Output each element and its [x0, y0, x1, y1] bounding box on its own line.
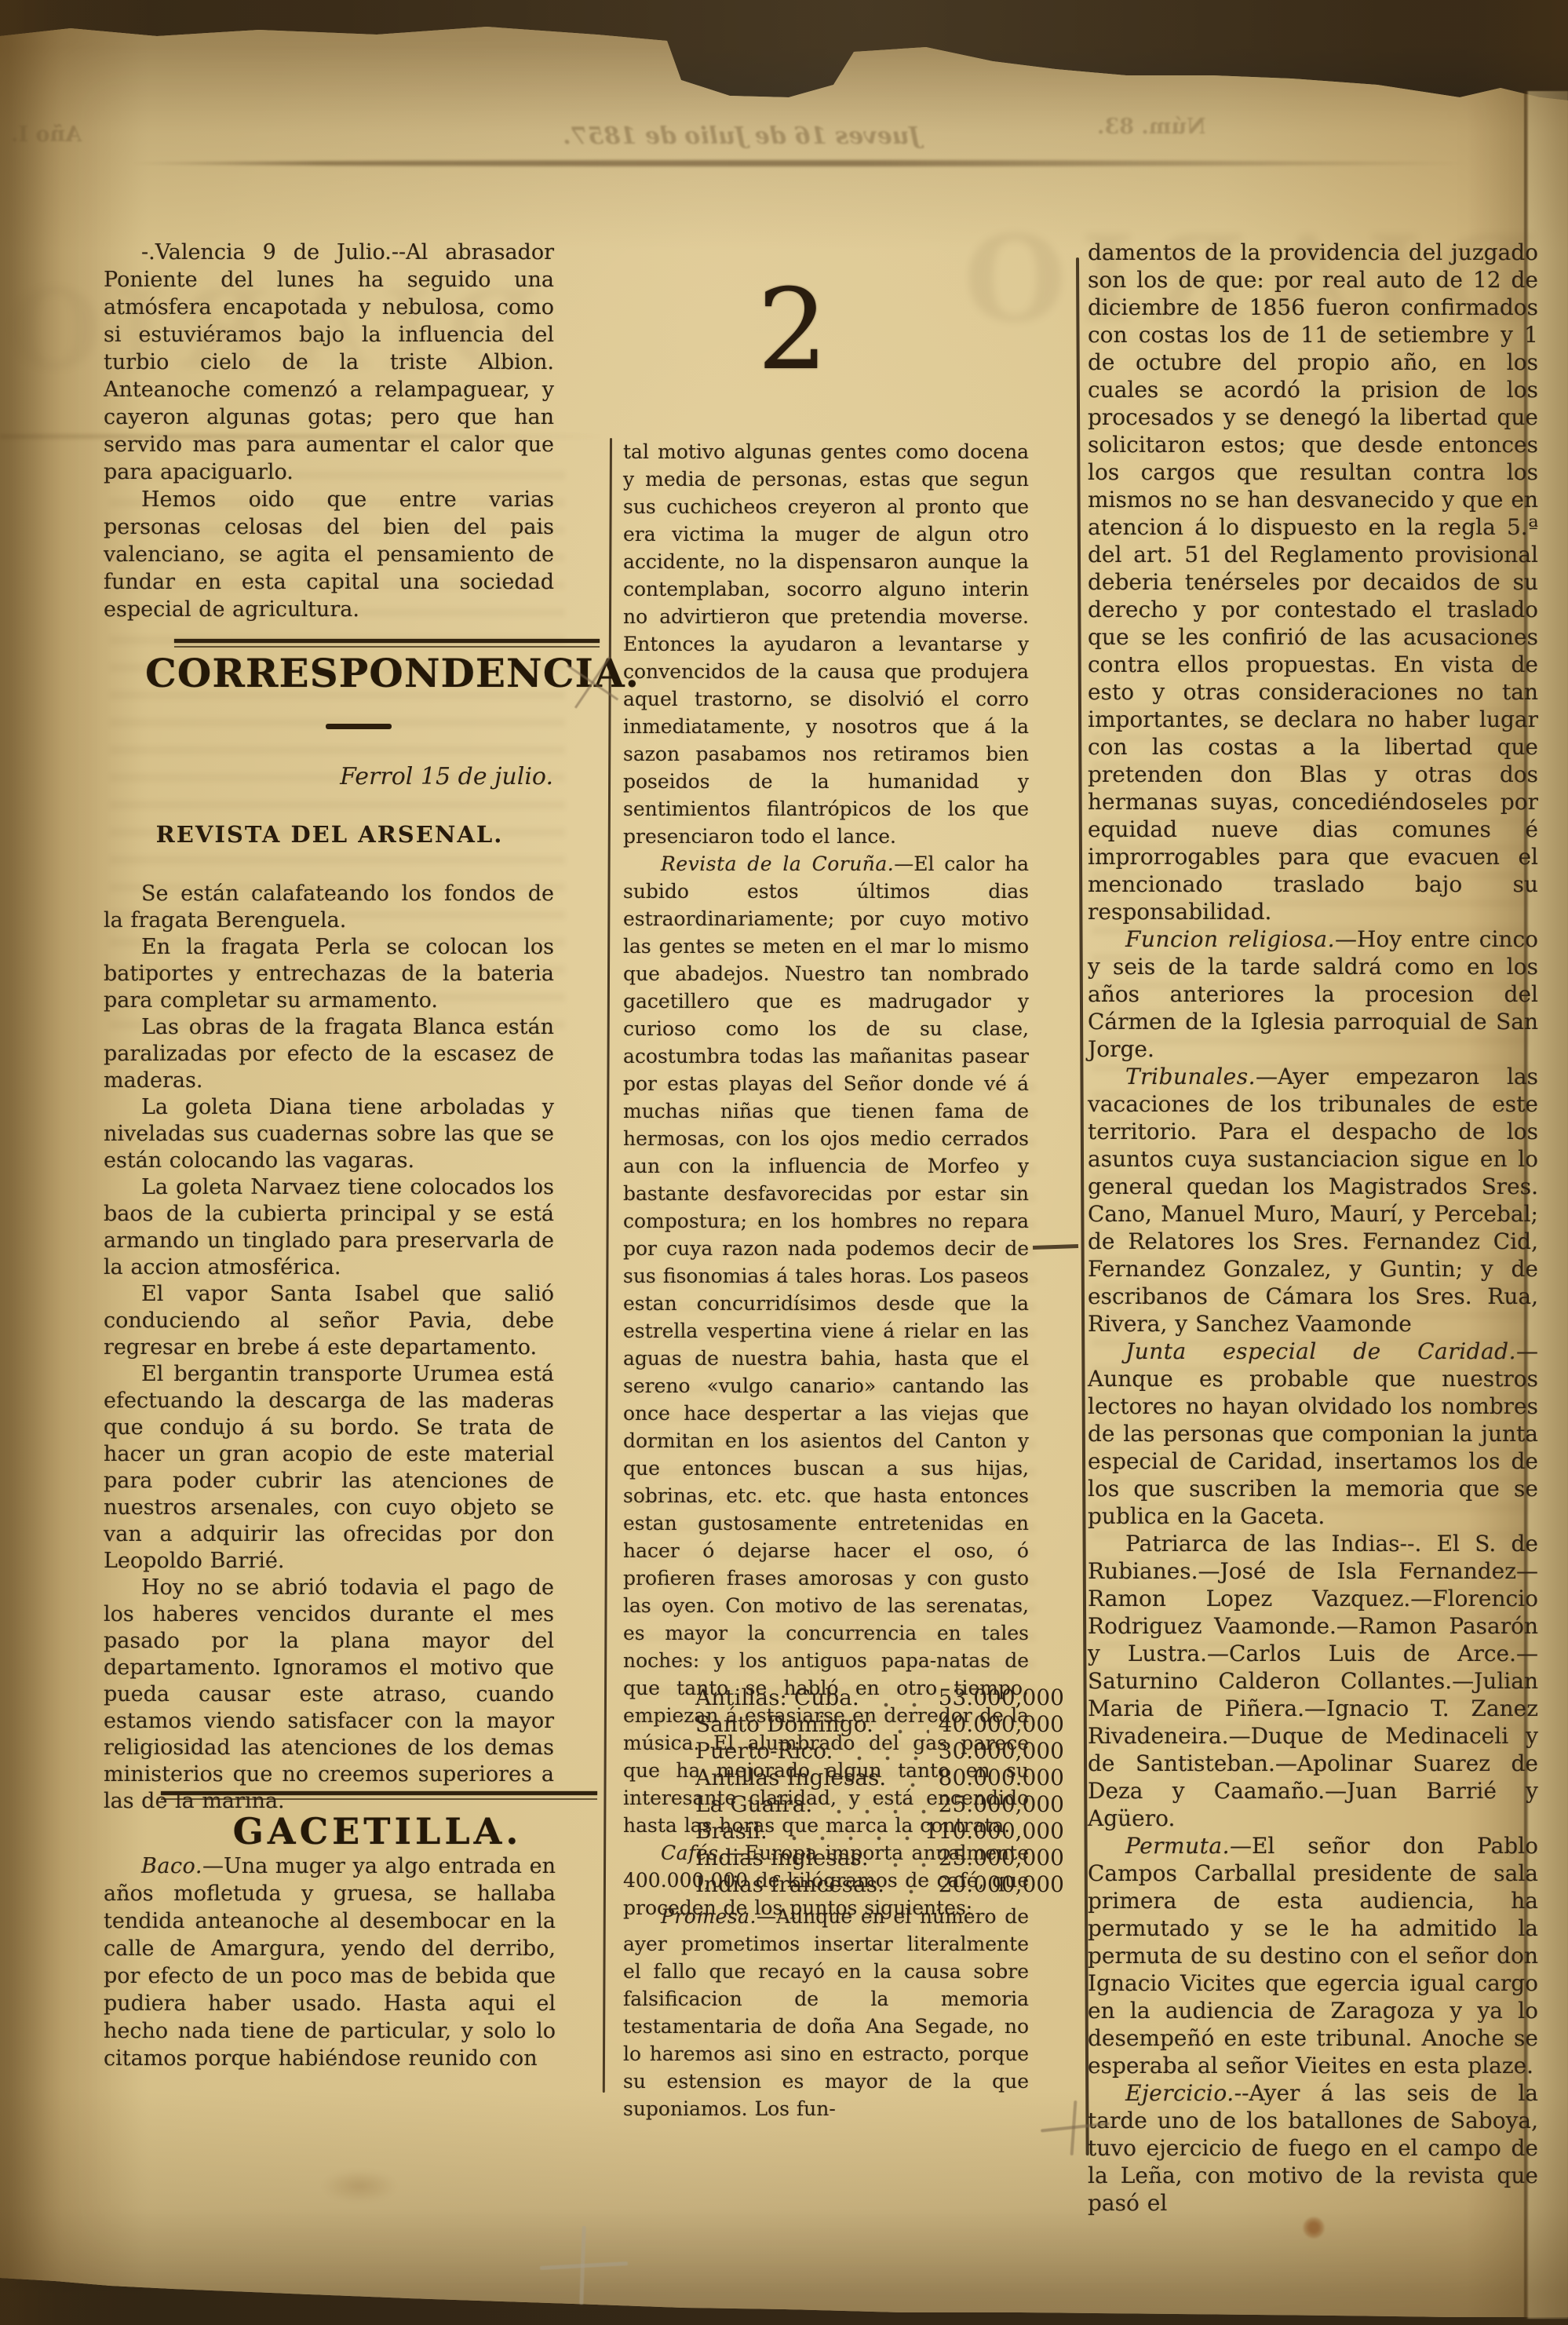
paragraph: La goleta Narvaez tiene colocados los ba… — [104, 1174, 554, 1281]
dateline: Ferrol 15 de julio. — [153, 763, 553, 790]
section-rule — [174, 639, 600, 648]
table-row: Santo Domingo.40.000,000 — [623, 1711, 1064, 1738]
table-row: La Guaira.25.000,000 — [623, 1791, 1064, 1818]
correspondencia-heading: CORRESPONDENCIA. — [145, 650, 593, 696]
arsenal-review-heading: REVISTA DEL ARSENAL. — [106, 821, 553, 848]
table-row: Puerto-Rico.30.000,000 — [623, 1738, 1064, 1765]
column-1-gacetilla: Baco.—Una muger ya algo entrada en años … — [104, 1852, 556, 2072]
paragraph: Se están calafateando los fondos de la f… — [104, 881, 554, 934]
gacetilla-heading: GACETILLA. — [154, 1810, 601, 1852]
bleedthrough-year-text: Año I. — [11, 122, 82, 147]
paragraph: -.Valencia 9 de Julio.--Al abrasador Pon… — [104, 239, 554, 486]
paper-stain — [322, 2170, 397, 2203]
bleedthrough-issue-text: Núm. 83. — [1097, 115, 1206, 139]
column-1-arsenal: Se están calafateando los fondos de la f… — [104, 881, 554, 1815]
paragraph: damentos de la providencia del juzgado s… — [1088, 239, 1538, 925]
ink-stain — [1303, 2217, 1325, 2239]
heading-rule — [326, 724, 392, 729]
paragraph: Junta especial de Caridad.—Aunque es pro… — [1088, 1338, 1538, 1530]
column-1-intro: -.Valencia 9 de Julio.--Al abrasador Pon… — [104, 239, 554, 623]
paragraph: En la fragata Perla se colocan los batip… — [104, 934, 554, 1014]
paragraph: La goleta Diana tiene arboladas y nivela… — [104, 1094, 554, 1174]
table-row: Indias francesas.20.000,000 — [623, 1871, 1064, 1898]
paragraph: Promesa.—Aunque en el número de ayer pro… — [623, 1903, 1029, 2122]
pencil-x-mark — [567, 655, 617, 711]
coffee-imports-table: Antillas: Cuba.53.000,000Santo Domingo.4… — [623, 1684, 1064, 1898]
paragraph: Hemos oido que entre varias personas cel… — [104, 486, 554, 623]
table-row: Indias inglesas.25.000,000 — [623, 1845, 1064, 1871]
paragraph: Tribunales.—Ayer empezaron las vacacione… — [1088, 1063, 1538, 1338]
bleedthrough-date-text: Jueves 16 de Julio de 1857. — [542, 122, 942, 150]
paragraph: El bergantin transporte Urumea está efec… — [104, 1361, 554, 1575]
newspaper-scan: { "page": { "number": "2" }, "bleedthrou… — [0, 0, 1568, 2325]
paragraph: El vapor Santa Isabel que salió conducie… — [104, 1281, 554, 1361]
paragraph: tal motivo algunas gentes como docena y … — [623, 438, 1029, 850]
paragraph: Las obras de la fragata Blanca están par… — [104, 1014, 554, 1094]
table-row: Antillas Inglesas.80.000.000 — [623, 1765, 1064, 1791]
paper-crease — [129, 160, 1468, 166]
table-row: Antillas: Cuba.53.000,000 — [623, 1684, 1064, 1711]
column-2-bottom: Promesa.—Aunque en el número de ayer pro… — [623, 1903, 1029, 2122]
paragraph: Patriarca de las Indias--. El S. de Rubi… — [1088, 1530, 1538, 1832]
paragraph: Ejercicio.--Ayer á las seis de la tarde … — [1088, 2079, 1538, 2217]
paragraph: Permuta.—El señor don Pablo Campos Carba… — [1088, 1832, 1538, 2079]
paragraph: Funcion religiosa.—Hoy entre cinco y sei… — [1088, 925, 1538, 1063]
table-row: Brasil.110.000,000 — [623, 1818, 1064, 1845]
page-number: 2 — [730, 275, 855, 386]
paragraph: Hoy no se abrió todavia el pago de los h… — [104, 1575, 554, 1815]
paragraph: Baco.—Una muger ya algo entrada en años … — [104, 1852, 556, 2072]
column-3: damentos de la providencia del juzgado s… — [1088, 239, 1538, 2217]
